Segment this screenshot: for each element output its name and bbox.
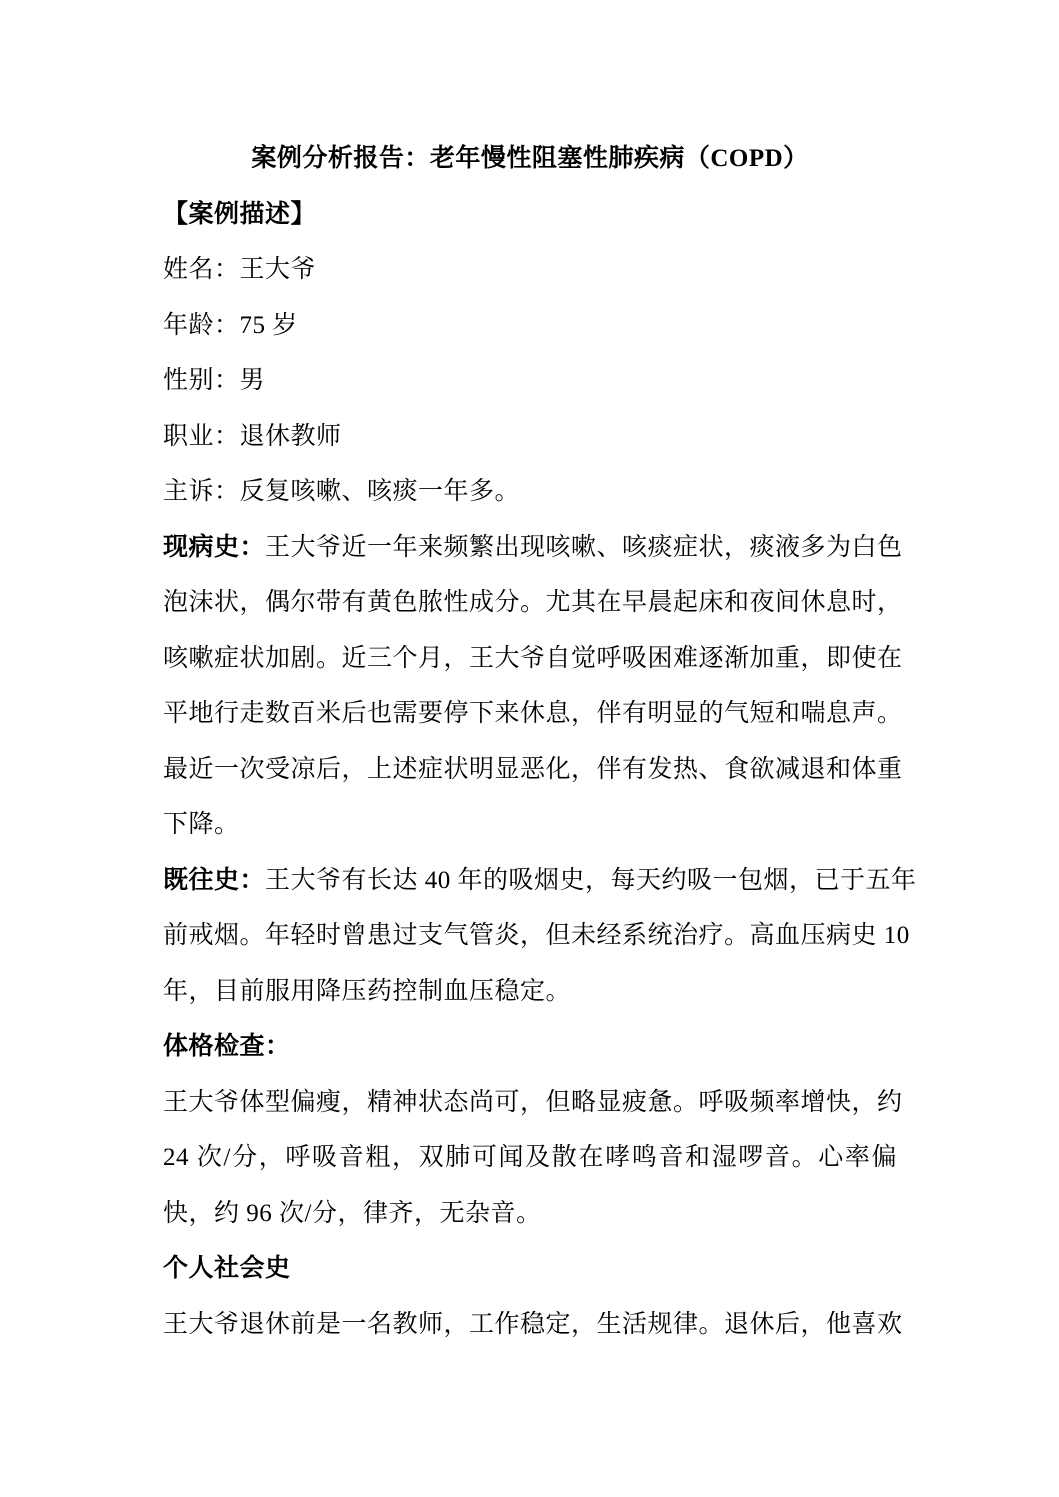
physical-exam-line: 快，约 96 次/分，律齐，无杂音。 <box>163 1186 897 1242</box>
present-illness-text: 王大爷近一年来频繁出现咳嗽、咳痰症状，痰液多为白色 <box>265 534 903 561</box>
past-history-line: 年，目前服用降压药控制血压稳定。 <box>163 964 897 1020</box>
past-history-label: 既往史： <box>163 867 265 894</box>
present-illness-line: 泡沫状，偶尔带有黄色脓性成分。尤其在早晨起床和夜间休息时， <box>163 575 897 631</box>
past-history-line: 前戒烟。年轻时曾患过支气管炎，但未经系统治疗。高血压病史 10 <box>163 908 897 964</box>
present-illness-line: 最近一次受凉后，上述症状明显恶化，伴有发热、食欲减退和体重 <box>163 742 897 798</box>
present-illness-line: 下降。 <box>163 797 897 853</box>
present-illness-line: 平地行走数百米后也需要停下来休息，伴有明显的气短和喘息声。 <box>163 686 897 742</box>
physical-exam-heading: 体格检查： <box>163 1019 897 1075</box>
physical-exam-line: 24 次/分，呼吸音粗，双肺可闻及散在哮鸣音和湿啰音。心率偏 <box>163 1130 897 1186</box>
patient-gender-line: 性别：男 <box>163 353 897 409</box>
document-title: 案例分析报告：老年慢性阻塞性肺疾病（COPD） <box>163 131 897 187</box>
social-history-line: 王大爷退休前是一名教师，工作稳定，生活规律。退休后，他喜欢 <box>163 1297 897 1353</box>
past-history-line: 既往史：王大爷有长达 40 年的吸烟史，每天约吸一包烟，已于五年 <box>163 853 897 909</box>
physical-exam-line: 王大爷体型偏瘦，精神状态尚可，但略显疲惫。呼吸频率增快，约 <box>163 1075 897 1131</box>
patient-name-line: 姓名：王大爷 <box>163 242 897 298</box>
document-content: 案例分析报告：老年慢性阻塞性肺疾病（COPD） 【案例描述】 姓名：王大爷 年龄… <box>163 131 897 1352</box>
case-description-heading: 【案例描述】 <box>163 187 897 243</box>
present-illness-line: 咳嗽症状加剧。近三个月，王大爷自觉呼吸困难逐渐加重，即使在 <box>163 631 897 687</box>
social-history-heading: 个人社会史 <box>163 1241 897 1297</box>
patient-age-line: 年龄：75 岁 <box>163 298 897 354</box>
document-page: 案例分析报告：老年慢性阻塞性肺疾病（COPD） 【案例描述】 姓名：王大爷 年龄… <box>0 0 1059 1497</box>
present-illness-label: 现病史： <box>163 534 265 561</box>
past-history-text: 王大爷有长达 40 年的吸烟史，每天约吸一包烟，已于五年 <box>265 867 917 894</box>
patient-occupation-line: 职业：退休教师 <box>163 409 897 465</box>
chief-complaint-line: 主诉：反复咳嗽、咳痰一年多。 <box>163 464 897 520</box>
present-illness-line: 现病史：王大爷近一年来频繁出现咳嗽、咳痰症状，痰液多为白色 <box>163 520 897 576</box>
